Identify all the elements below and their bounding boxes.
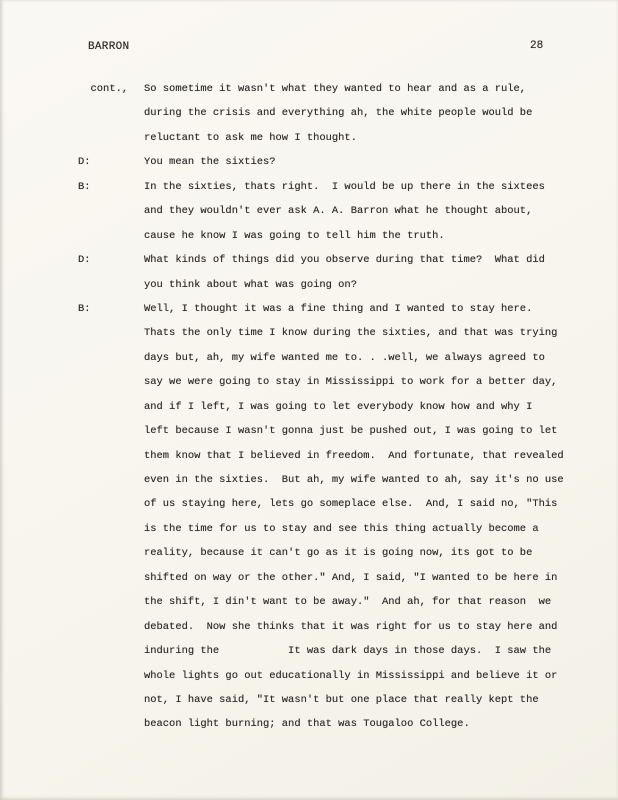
transcript-line: B: Well, I thought it was a fine thing a…: [78, 297, 608, 321]
speaker-label: cont.,: [78, 77, 144, 101]
line-text: and if I left, I was going to let everyb…: [144, 395, 608, 419]
line-text: What kinds of things did you observe dur…: [144, 248, 608, 272]
transcript-line: cause he know I was going to tell him th…: [78, 224, 608, 248]
line-text: not, I have said, "It wasn't but one pla…: [144, 688, 608, 712]
speaker-label: D:: [78, 150, 144, 174]
line-text: you think about what was going on?: [144, 273, 608, 297]
line-text: the shift, I din't want to be away." And…: [144, 590, 608, 614]
transcript-line: the shift, I din't want to be away." And…: [78, 590, 608, 614]
transcript-line: is the time for us to stay and see this …: [78, 517, 608, 541]
transcript-line: debated. Now she thinks that it was righ…: [78, 615, 608, 639]
transcript-line: induring the It was dark days in those d…: [78, 639, 608, 663]
transcript-line: shifted on way or the other." And, I sai…: [78, 566, 608, 590]
transcript-line: say we were going to stay in Mississippi…: [78, 370, 608, 394]
transcript-line: not, I have said, "It wasn't but one pla…: [78, 688, 608, 712]
line-text: In the sixties, thats right. I would be …: [144, 175, 608, 199]
transcript-line: D: You mean the sixties?: [78, 150, 608, 174]
speaker-label: B:: [78, 297, 144, 321]
transcript-line: Thats the only time I know during the si…: [78, 321, 608, 345]
line-text: induring the It was dark days in those d…: [144, 639, 608, 663]
line-text: days but, ah, my wife wanted me to. . .w…: [144, 346, 608, 370]
line-text: Well, I thought it was a fine thing and …: [144, 297, 608, 321]
transcript-line: and they wouldn't ever ask A. A. Barron …: [78, 199, 608, 223]
line-text: them know that I believed in freedom. An…: [144, 444, 608, 468]
transcript-line: cont., So sometime it wasn't what they w…: [78, 77, 608, 101]
transcript-line: B: In the sixties, thats right. I would …: [78, 175, 608, 199]
line-text: beacon light burning; and that was Touga…: [144, 712, 608, 736]
line-text: debated. Now she thinks that it was righ…: [144, 615, 608, 639]
transcript-line: reality, because it can't go as it is go…: [78, 541, 608, 565]
transcript-line: reluctant to ask me how I thought.: [78, 126, 608, 150]
line-text: during the crisis and everything ah, the…: [144, 101, 608, 125]
line-text: So sometime it wasn't what they wanted t…: [144, 77, 608, 101]
page-number: 28: [530, 40, 543, 52]
line-text: say we were going to stay in Mississippi…: [144, 370, 608, 394]
speaker-label: D:: [78, 248, 144, 272]
transcript-body: cont., So sometime it wasn't what they w…: [78, 77, 608, 737]
line-text: of us staying here, lets go someplace el…: [144, 492, 608, 516]
transcript-line: and if I left, I was going to let everyb…: [78, 395, 608, 419]
transcript-line: D: What kinds of things did you observe …: [78, 248, 608, 272]
transcript-line: beacon light burning; and that was Touga…: [78, 712, 608, 736]
line-text: cause he know I was going to tell him th…: [144, 224, 608, 248]
transcript-line: of us staying here, lets go someplace el…: [78, 492, 608, 516]
transcript-line: whole lights go out educationally in Mis…: [78, 664, 608, 688]
document-title: BARRON: [88, 41, 129, 53]
transcript-line: even in the sixties. But ah, my wife wan…: [78, 468, 608, 492]
document-page: BARRON 28 cont., So sometime it wasn't w…: [0, 0, 618, 800]
transcript-line: during the crisis and everything ah, the…: [78, 101, 608, 125]
transcript-line: you think about what was going on?: [78, 273, 608, 297]
line-text: shifted on way or the other." And, I sai…: [144, 566, 608, 590]
line-text: Thats the only time I know during the si…: [144, 321, 608, 345]
line-text: and they wouldn't ever ask A. A. Barron …: [144, 199, 608, 223]
transcript-line: left because I wasn't gonna just be push…: [78, 419, 608, 443]
line-text: reluctant to ask me how I thought.: [144, 126, 608, 150]
speaker-label: B:: [78, 175, 144, 199]
line-text: is the time for us to stay and see this …: [144, 517, 608, 541]
line-text: reality, because it can't go as it is go…: [144, 541, 608, 565]
line-text: whole lights go out educationally in Mis…: [144, 664, 608, 688]
transcript-line: days but, ah, my wife wanted me to. . .w…: [78, 346, 608, 370]
line-text: left because I wasn't gonna just be push…: [144, 419, 608, 443]
line-text: even in the sixties. But ah, my wife wan…: [144, 468, 608, 492]
transcript-line: them know that I believed in freedom. An…: [78, 444, 608, 468]
line-text: You mean the sixties?: [144, 150, 608, 174]
